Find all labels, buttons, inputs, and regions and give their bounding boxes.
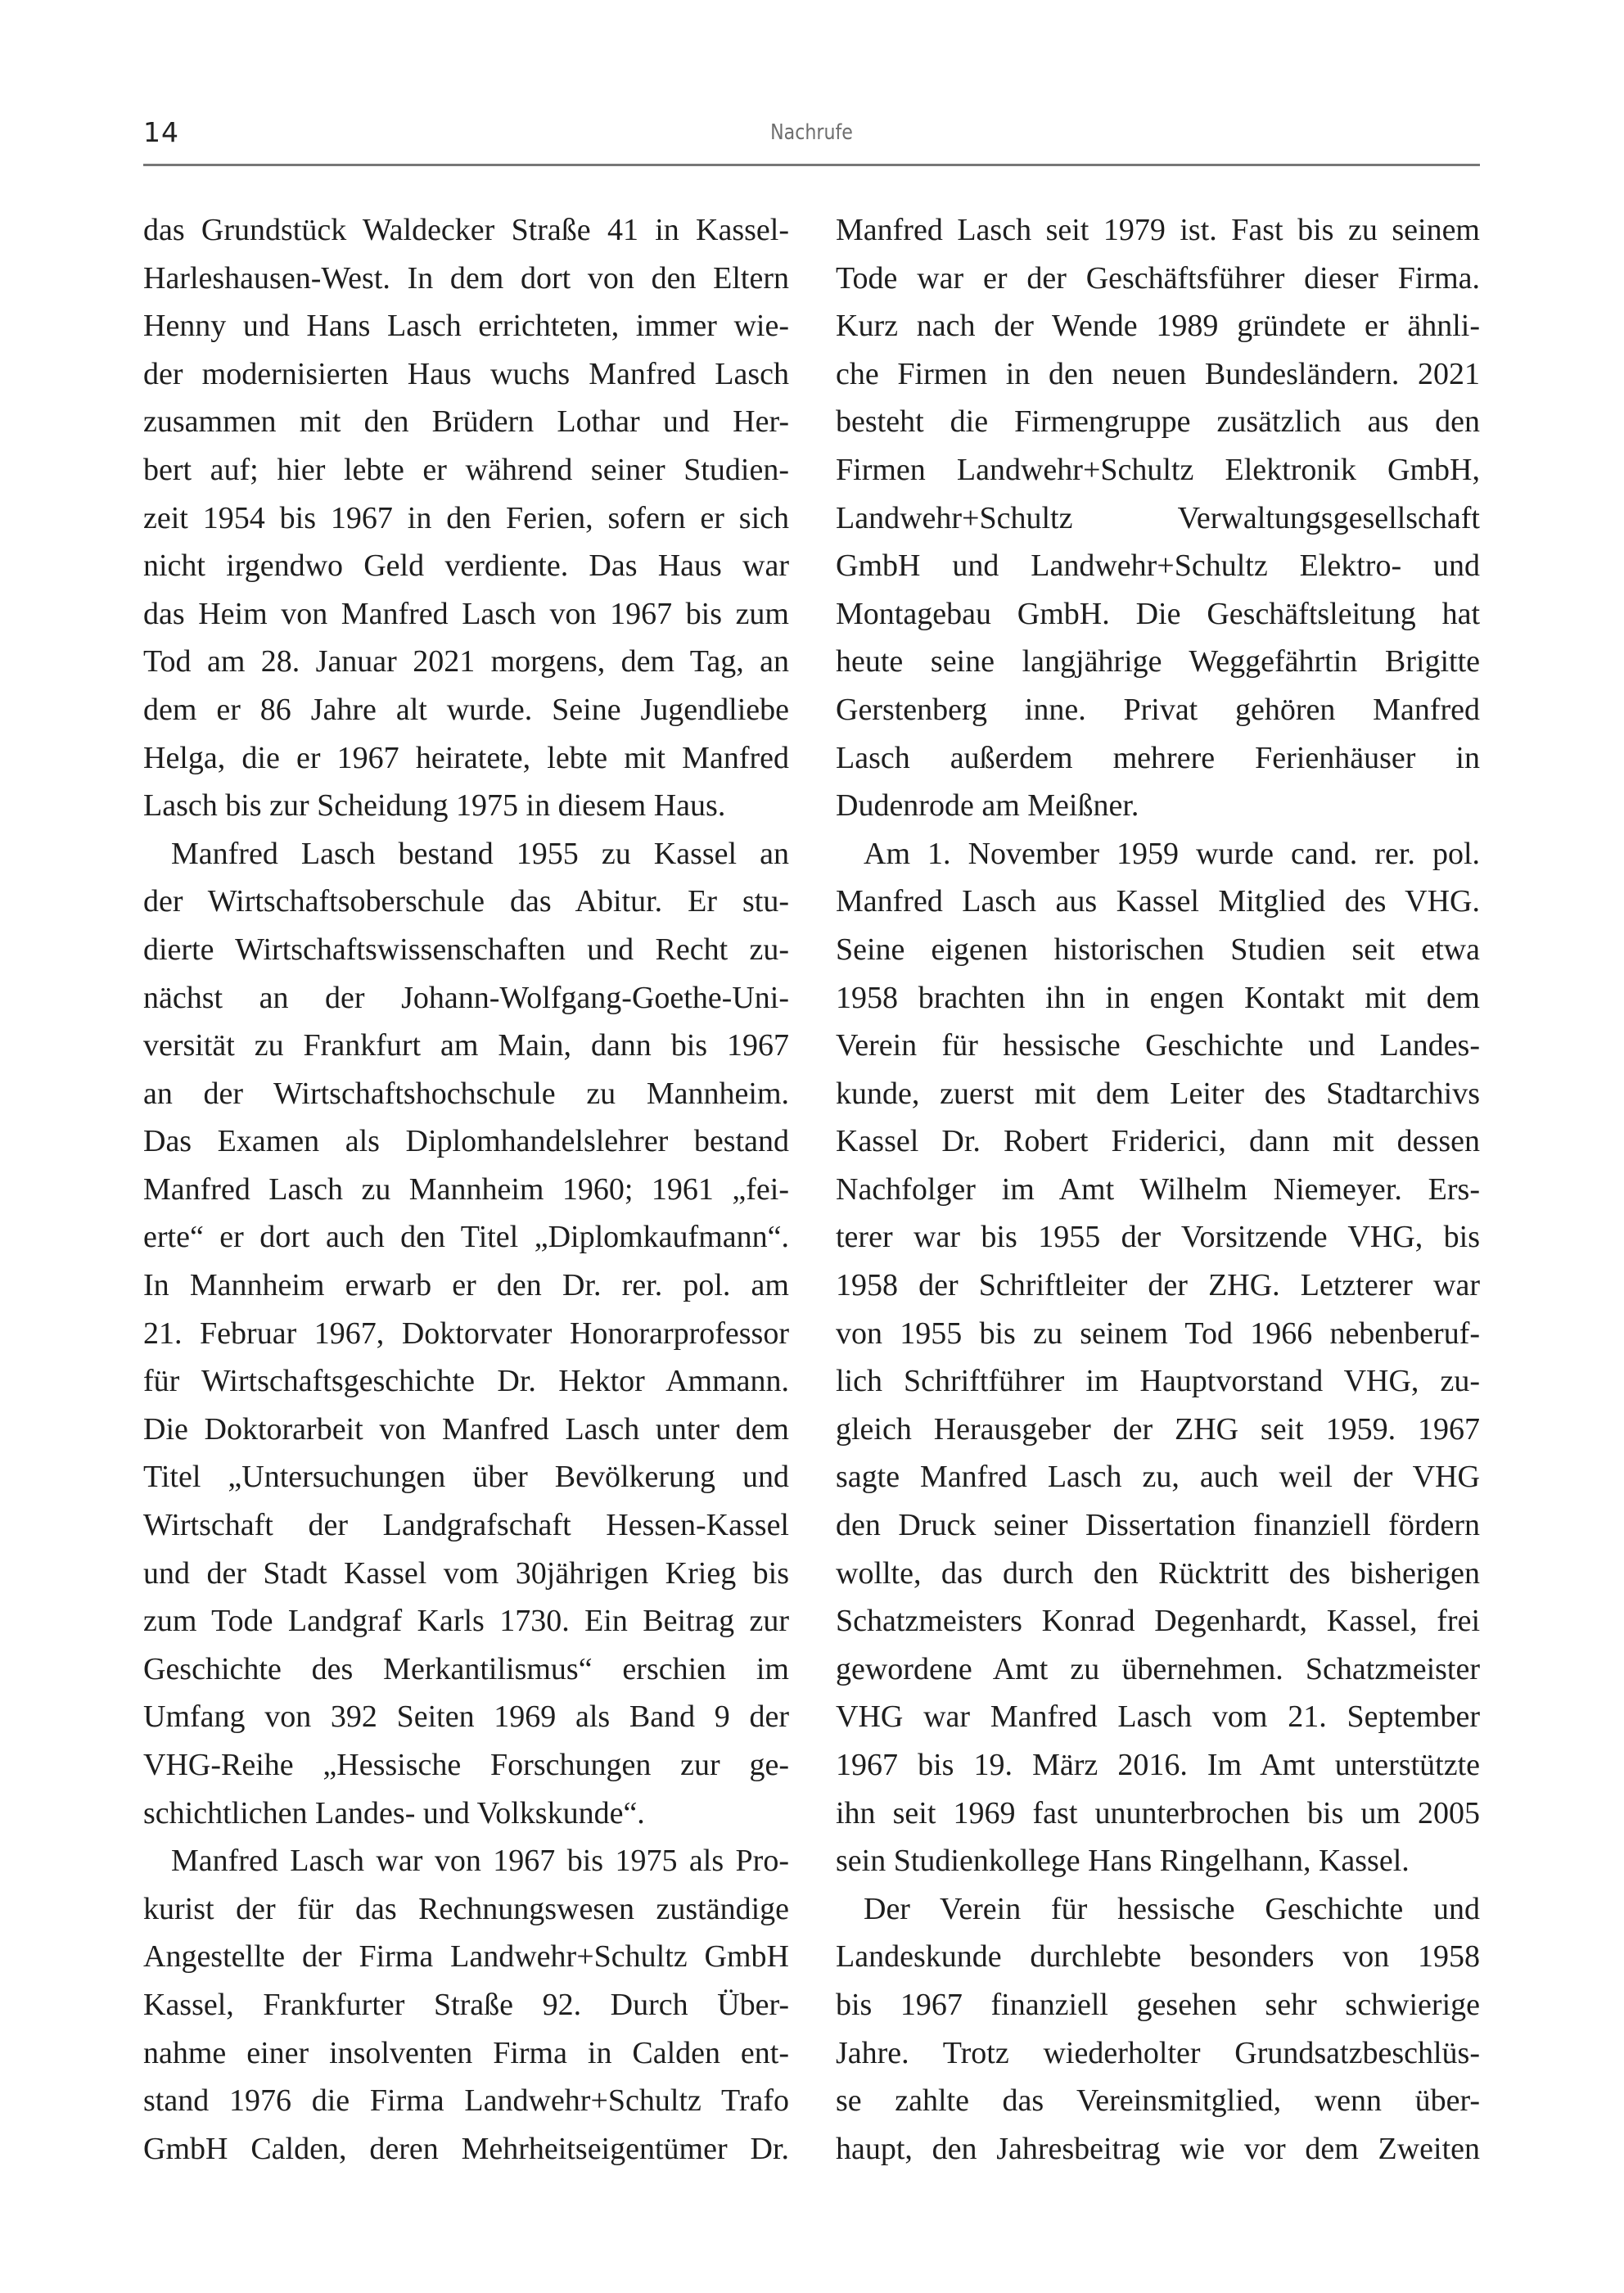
page-number: 14	[143, 113, 179, 152]
text-line: Kassel, Frankfurter Straße 92. Durch Übe…	[143, 1981, 789, 2029]
text-line: se zahlte das Vereinsmitglied, wenn über…	[836, 2077, 1480, 2125]
running-title: Nachrufe	[243, 113, 1379, 152]
text-line: 1958 der Schriftleiter der ZHG. Letztere…	[836, 1262, 1480, 1310]
text-line: von 1955 bis zu seinem Tod 1966 nebenber…	[836, 1310, 1480, 1358]
text-line: Seine eigenen historischen Studien seit …	[836, 926, 1480, 974]
text-line: für Wirtschaftsgeschichte Dr. Hektor Amm…	[143, 1357, 789, 1406]
text-line: Harleshausen-West. In dem dort von den E…	[143, 255, 789, 303]
text-line: erte“ er dort auch den Titel „Diplomkauf…	[143, 1213, 789, 1262]
running-header: 14 Nachrufe	[143, 113, 1480, 152]
text-line: und der Stadt Kassel vom 30jährigen Krie…	[143, 1550, 789, 1598]
text-line: sagte Manfred Lasch zu, auch weil der VH…	[836, 1453, 1480, 1501]
text-line: nicht irgendwo Geld verdiente. Das Haus …	[143, 542, 789, 590]
text-line: Manfred Lasch aus Kassel Mitglied des VH…	[836, 878, 1480, 926]
text-line: Die Doktorarbeit von Manfred Lasch unter…	[143, 1406, 789, 1454]
text-line: nahme einer insolventen Firma in Calden …	[143, 2029, 789, 2078]
text-line: kunde, zuerst mit dem Leiter des Stadtar…	[836, 1070, 1480, 1118]
text-line: Lasch außerdem mehrere Ferienhäuser in	[836, 734, 1480, 783]
text-line: kurist der für das Rechnungswesen zustän…	[143, 1885, 789, 1934]
text-line: dem er 86 Jahre alt wurde. Seine Jugendl…	[143, 686, 789, 734]
text-line: ihn seit 1969 fast ununterbrochen bis um…	[836, 1790, 1480, 1838]
text-line: Tod am 28. Januar 2021 morgens, dem Tag,…	[143, 638, 789, 686]
text-line: das Grundstück Waldecker Straße 41 in Ka…	[143, 206, 789, 255]
text-line: sein Studienkollege Hans Ringelhann, Kas…	[836, 1837, 1480, 1885]
paragraph-first-line: Am 1. November 1959 wurde cand. rer. pol…	[836, 830, 1480, 878]
text-line: an der Wirtschaftshochschule zu Mannheim…	[143, 1070, 789, 1118]
paragraph-first-line: Manfred Lasch bestand 1955 zu Kassel an	[143, 830, 789, 878]
text-line: Landeskunde durchlebte besonders von 195…	[836, 1933, 1480, 1981]
text-line: Kassel Dr. Robert Friderici, dann mit de…	[836, 1117, 1480, 1166]
text-line: Gerstenberg inne. Privat gehören Manfred	[836, 686, 1480, 734]
text-line: dierte Wirtschaftswissenschaften und Rec…	[143, 926, 789, 974]
document-page: 14 Nachrufe das Grundstück Waldecker Str…	[0, 0, 1624, 2293]
text-line: Kurz nach der Wende 1989 gründete er ähn…	[836, 302, 1480, 350]
text-line: Manfred Lasch seit 1979 ist. Fast bis zu…	[836, 206, 1480, 255]
text-line: heute seine langjährige Weggefährtin Bri…	[836, 638, 1480, 686]
text-line: gewordene Amt zu übernehmen. Schatzmeist…	[836, 1645, 1480, 1694]
text-line: Lasch bis zur Scheidung 1975 in diesem H…	[143, 782, 789, 830]
text-line: nächst an der Johann-Wolfgang-Goethe-Uni…	[143, 974, 789, 1022]
text-line: 1958 brachten ihn in engen Kontakt mit d…	[836, 974, 1480, 1022]
text-line: bert auf; hier lebte er während seiner S…	[143, 446, 789, 494]
text-line: Dudenrode am Meißner.	[836, 782, 1480, 830]
text-line: Henny und Hans Lasch errichteten, immer …	[143, 302, 789, 350]
text-line: Montagebau GmbH. Die Geschäftsleitung ha…	[836, 590, 1480, 639]
text-line: Schatzmeisters Konrad Degenhardt, Kassel…	[836, 1597, 1480, 1645]
text-line: der Wirtschaftsoberschule das Abitur. Er…	[143, 878, 789, 926]
text-line: gleich Herausgeber der ZHG seit 1959. 19…	[836, 1406, 1480, 1454]
text-line: GmbH und Landwehr+Schultz Elektro- und	[836, 542, 1480, 590]
text-line: das Heim von Manfred Lasch von 1967 bis …	[143, 590, 789, 639]
text-line: Angestellte der Firma Landwehr+Schultz G…	[143, 1933, 789, 1981]
text-line: zeit 1954 bis 1967 in den Ferien, sofern…	[143, 494, 789, 543]
text-line: Landwehr+Schultz Verwaltungsgesellschaft	[836, 494, 1480, 543]
text-line: Verein für hessische Geschichte und Land…	[836, 1022, 1480, 1070]
text-line: terer war bis 1955 der Vorsitzende VHG, …	[836, 1213, 1480, 1262]
text-line: zusammen mit den Brüdern Lothar und Her-	[143, 398, 789, 446]
text-line: Manfred Lasch zu Mannheim 1960; 1961 „fe…	[143, 1166, 789, 1214]
header-rule	[143, 164, 1480, 166]
text-line: der modernisierten Haus wuchs Manfred La…	[143, 350, 789, 399]
text-line: VHG war Manfred Lasch vom 21. September	[836, 1693, 1480, 1741]
text-line: Wirtschaft der Landgrafschaft Hessen-Kas…	[143, 1501, 789, 1550]
text-line: Helga, die er 1967 heiratete, lebte mit …	[143, 734, 789, 783]
text-line: besteht die Firmengruppe zusätzlich aus …	[836, 398, 1480, 446]
paragraph-first-line: Manfred Lasch war von 1967 bis 1975 als …	[143, 1837, 789, 1885]
text-line: 1967 bis 19. März 2016. Im Amt unterstüt…	[836, 1741, 1480, 1790]
text-line: den Druck seiner Dissertation finanziell…	[836, 1501, 1480, 1550]
text-line: Umfang von 392 Seiten 1969 als Band 9 de…	[143, 1693, 789, 1741]
text-line: che Firmen in den neuen Bundesländern. 2…	[836, 350, 1480, 399]
text-line: GmbH Calden, deren Mehrheitseigentümer D…	[143, 2125, 789, 2173]
text-line: stand 1976 die Firma Landwehr+Schultz Tr…	[143, 2077, 789, 2125]
text-line: Geschichte des Merkantilismus“ erschien …	[143, 1645, 789, 1694]
text-line: Nachfolger im Amt Wilhelm Niemeyer. Ers-	[836, 1166, 1480, 1214]
text-line: bis 1967 finanziell gesehen sehr schwier…	[836, 1981, 1480, 2029]
text-line: versität zu Frankfurt am Main, dann bis …	[143, 1022, 789, 1070]
text-line: In Mannheim erwarb er den Dr. rer. pol. …	[143, 1262, 789, 1310]
text-line: lich Schriftführer im Hauptvorstand VHG,…	[836, 1357, 1480, 1406]
text-line: Firmen Landwehr+Schultz Elektronik GmbH,	[836, 446, 1480, 494]
text-line: schichtlichen Landes- und Volkskunde“.	[143, 1790, 789, 1838]
text-line: Tode war er der Geschäftsführer dieser F…	[836, 255, 1480, 303]
paragraph-first-line: Der Verein für hessische Geschichte und	[836, 1885, 1480, 1934]
text-column-right: Manfred Lasch seit 1979 ist. Fast bis zu…	[836, 206, 1480, 2173]
text-line: 21. Februar 1967, Doktorvater Honorarpro…	[143, 1310, 789, 1358]
text-line: haupt, den Jahresbeitrag wie vor dem Zwe…	[836, 2125, 1480, 2173]
text-line: Das Examen als Diplomhandelslehrer besta…	[143, 1117, 789, 1166]
text-line: zum Tode Landgraf Karls 1730. Ein Beitra…	[143, 1597, 789, 1645]
text-column-left: das Grundstück Waldecker Straße 41 in Ka…	[143, 206, 789, 2173]
text-line: wollte, das durch den Rücktritt des bish…	[836, 1550, 1480, 1598]
text-line: Titel „Untersuchungen über Bevölkerung u…	[143, 1453, 789, 1501]
text-line: VHG-Reihe „Hessische Forschungen zur ge-	[143, 1741, 789, 1790]
text-line: Jahre. Trotz wiederholter Grundsatzbesch…	[836, 2029, 1480, 2078]
